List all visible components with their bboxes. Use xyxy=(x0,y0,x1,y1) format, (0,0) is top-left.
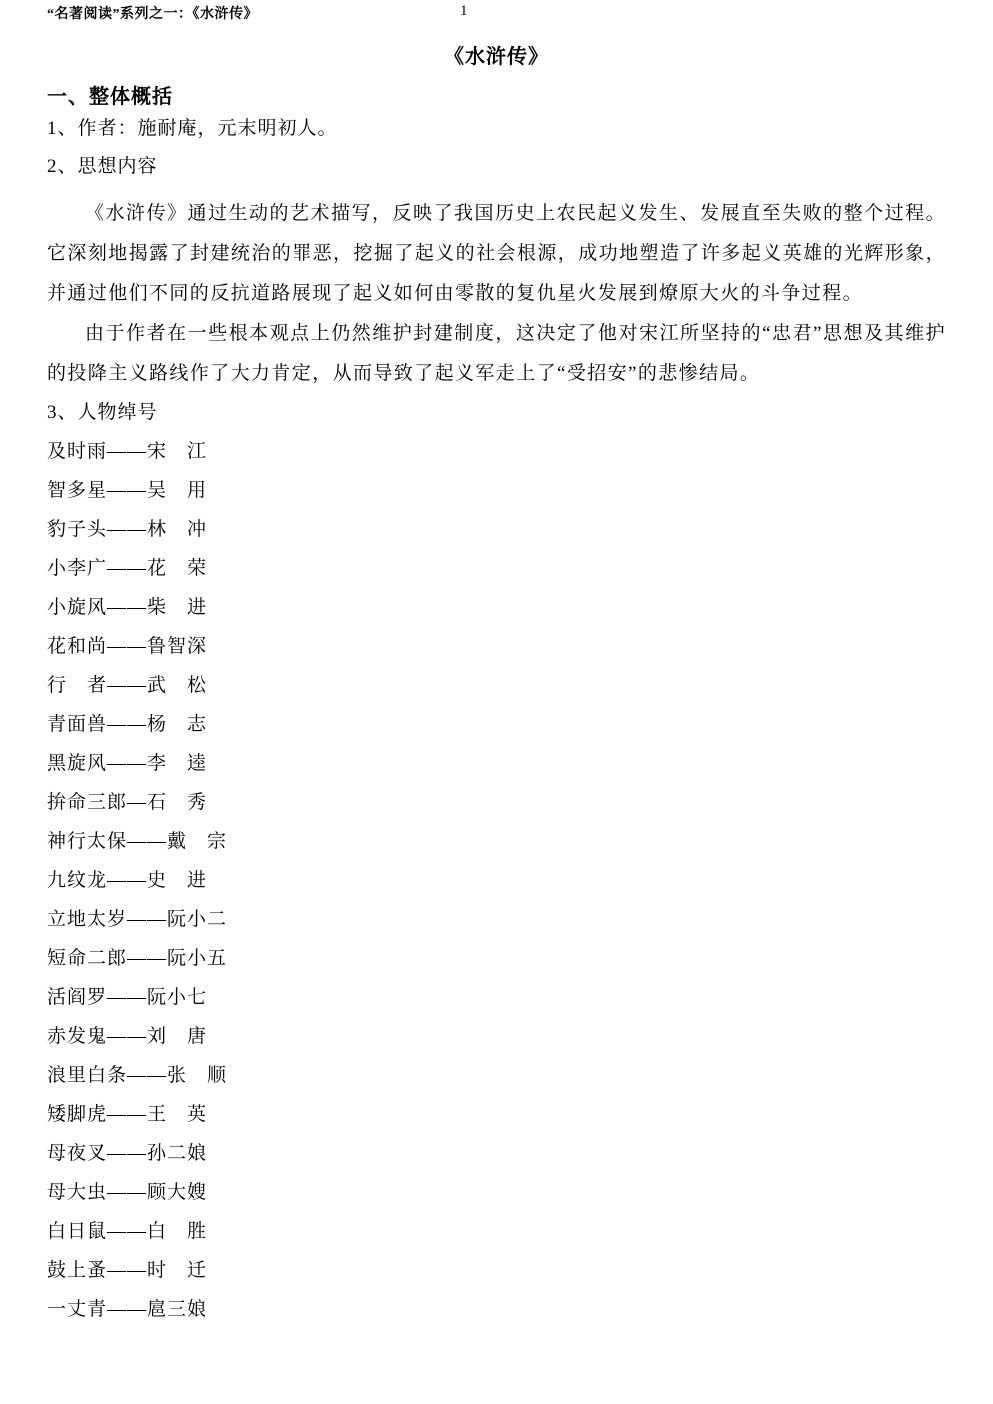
list-item: 智多星——吴 用 xyxy=(47,471,946,510)
list-item: 神行太保——戴 宗 xyxy=(47,822,946,861)
content-heading: 2、思想内容 xyxy=(47,148,946,186)
list-item: 行 者——武 松 xyxy=(47,666,946,705)
list-item: 一丈青——扈三娘 xyxy=(47,1290,946,1329)
list-item: 拚命三郎—石 秀 xyxy=(47,783,946,822)
author-line: 1、作者：施耐庵，元末明初人。 xyxy=(47,110,946,148)
list-item: 母大虫——顾大嫂 xyxy=(47,1173,946,1212)
document-body: 《水浒传》 一、整体概括 1、作者：施耐庵，元末明初人。 2、思想内容 《水浒传… xyxy=(47,44,946,1329)
list-item: 浪里白条——张 顺 xyxy=(47,1056,946,1095)
list-item: 青面兽——杨 志 xyxy=(47,705,946,744)
list-item: 鼓上蚤——时 迁 xyxy=(47,1251,946,1290)
page-number: 1 xyxy=(460,3,468,20)
list-item: 白日鼠——白 胜 xyxy=(47,1212,946,1251)
list-item: 九纹龙——史 进 xyxy=(47,861,946,900)
list-item: 小旋风——柴 进 xyxy=(47,588,946,627)
list-item: 短命二郎——阮小五 xyxy=(47,939,946,978)
list-item: 母夜叉——孙二娘 xyxy=(47,1134,946,1173)
list-item: 黑旋风——李 逵 xyxy=(47,744,946,783)
list-item: 花和尚——鲁智深 xyxy=(47,627,946,666)
paragraph-thought-content-1: 《水浒传》通过生动的艺术描写，反映了我国历史上农民起义发生、发展直至失败的整个过… xyxy=(47,194,946,314)
document-title: 《水浒传》 xyxy=(47,44,946,70)
header-series-label: “名著阅读”系列之一：《水浒传》 xyxy=(47,7,258,22)
list-item: 豹子头——林 冲 xyxy=(47,510,946,549)
list-item: 及时雨——宋 江 xyxy=(47,432,946,471)
document-page: “名著阅读”系列之一：《水浒传》 1 《水浒传》 一、整体概括 1、作者：施耐庵… xyxy=(0,0,993,1404)
paragraph-thought-content-2: 由于作者在一些根本观点上仍然维护封建制度，这决定了他对宋江所坚持的“忠君”思想及… xyxy=(47,314,946,394)
section-heading-overview: 一、整体概括 xyxy=(47,84,946,110)
nickname-heading: 3、人物绰号 xyxy=(47,394,946,432)
list-item: 小李广——花 荣 xyxy=(47,549,946,588)
list-item: 矮脚虎——王 英 xyxy=(47,1095,946,1134)
list-item: 立地太岁——阮小二 xyxy=(47,900,946,939)
nickname-list: 及时雨——宋 江 智多星——吴 用 豹子头——林 冲 小李广——花 荣 小旋风—… xyxy=(47,432,946,1329)
list-item: 赤发鬼——刘 唐 xyxy=(47,1017,946,1056)
list-item: 活阎罗——阮小七 xyxy=(47,978,946,1017)
page-header: “名著阅读”系列之一：《水浒传》 1 xyxy=(47,3,946,23)
